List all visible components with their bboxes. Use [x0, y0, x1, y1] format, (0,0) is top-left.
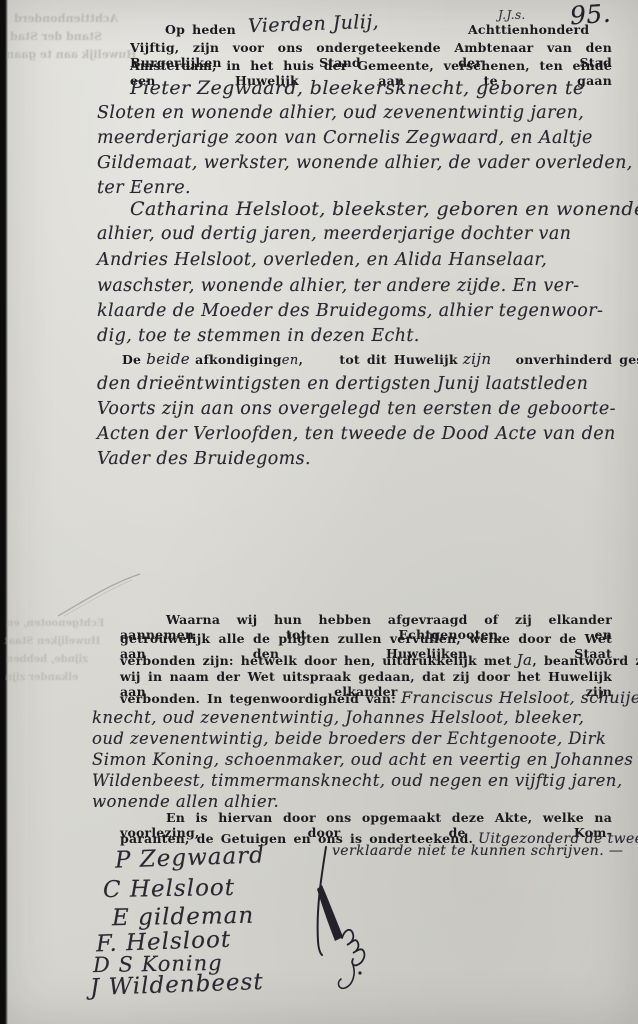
groom-line: Pieter Zegwaard, bleekersknecht, geboren… — [130, 77, 585, 99]
vows-line5-printed: verbonden. In tegenwoordigheid van: — [120, 691, 396, 706]
witness-line: wonende allen alhier. — [92, 792, 279, 811]
bleedthrough-text: zijnde, hebben — [6, 654, 88, 665]
handwritten-beide: beide — [146, 350, 190, 368]
handwritten-zijn: zijn — [463, 350, 492, 368]
bleedthrough-text: Huwelijk aan te gaan — [6, 48, 137, 61]
bleedthrough-text: Stand der Stad — [10, 30, 102, 43]
witness-line: Wildenbeest, timmermansknecht, oud negen… — [92, 771, 622, 790]
vows-line5: verbonden. In tegenwoordigheid van: Fran… — [120, 688, 638, 707]
proclamation-dates-line: den drieëntwintigsten en dertigsten Juni… — [97, 374, 588, 394]
handwritten-en-suffix: en — [282, 353, 299, 368]
handwritten-date: Vierden Julij, — [248, 11, 380, 38]
handwritten-ja: Ja — [517, 651, 533, 669]
signature-mother: E gildeman — [112, 903, 255, 931]
registrar-paraph-signature — [292, 845, 382, 995]
witnesses-start-handwritten: Franciscus Helsloot, schuijermakers- — [401, 688, 638, 707]
bride-line: alhier, oud dertig jaren, meerderjarige … — [97, 224, 571, 244]
bleedthrough-text: Achttienhonderd — [14, 12, 118, 25]
bride-line: Andries Helsloot, overleden, en Alida Ha… — [97, 250, 547, 270]
vows-line3: verbonden zijn: hetwelk door hen, uitdru… — [120, 650, 612, 669]
printed-de: De — [122, 352, 141, 367]
printed-afkondiging: afkondiging — [195, 352, 282, 367]
printed-onverhinderd: onverhinderd geschied, alhier — [516, 352, 638, 367]
vows-line3-printed-b: , beantwoord zijnde, hebben — [532, 653, 638, 668]
proclamation-line: De beide afkondigingen, tot dit Huwelijk… — [122, 349, 638, 368]
groom-line: meerderjarige zoon van Cornelis Zegwaard… — [97, 128, 593, 148]
signature-witness-4: J Wildenbeest — [90, 969, 264, 1001]
bride-line: waschster, wonende alhier, ter andere zi… — [97, 276, 579, 296]
vows-line3-printed-a: verbonden zijn: hetwelk door hen, uitdru… — [120, 653, 511, 668]
documents-line: Vader des Bruidegoms. — [97, 449, 311, 469]
documents-line: Acten der Verloofden, ten tweede de Dood… — [97, 424, 616, 444]
groom-line: Gildemaat, werkster, wonende alhier, de … — [97, 153, 633, 173]
book-binding-edge — [0, 0, 8, 1024]
groom-line: ter Eenre. — [97, 178, 191, 198]
marriage-certificate-scan: Achttienhonderd Stand der Stad Huwelijk … — [0, 0, 638, 1024]
printed-comma: , — [299, 352, 304, 367]
printed-op-heden: Op heden — [165, 22, 236, 37]
documents-line: Voorts zijn aan ons overgelegd ten eerst… — [97, 399, 616, 419]
signature-groom: P Zegwaard — [115, 842, 266, 873]
witness-line: Simon Koning, schoenmaker, oud acht en v… — [92, 750, 633, 769]
bride-line: klaarde de Moeder des Bruidegoms, alhier… — [97, 301, 603, 321]
bride-line: dig, toe te stemmen in dezen Echt. — [97, 326, 420, 346]
bride-line: Catharina Helsloot, bleekster, geboren e… — [130, 198, 638, 220]
witness-line: oud zevenentwintig, beide broeders der E… — [92, 729, 606, 748]
printed-tot-dit-huwelijk: tot dit Huwelijk — [339, 352, 457, 367]
signature-bride: C Helsloot — [103, 875, 235, 903]
witness-line: knecht, oud zevenentwintig, Johannes Hel… — [92, 708, 584, 727]
groom-line: Sloten en wonende alhier, oud zevenentwi… — [97, 103, 584, 123]
bleedthrough-text: Huwelijken Staat — [4, 636, 100, 647]
folio-initials: J.J.s. — [498, 8, 526, 22]
printed-achttienhonderd: Achttienhonderd — [468, 22, 589, 37]
bleedthrough-text: elkander zijn — [5, 672, 78, 683]
